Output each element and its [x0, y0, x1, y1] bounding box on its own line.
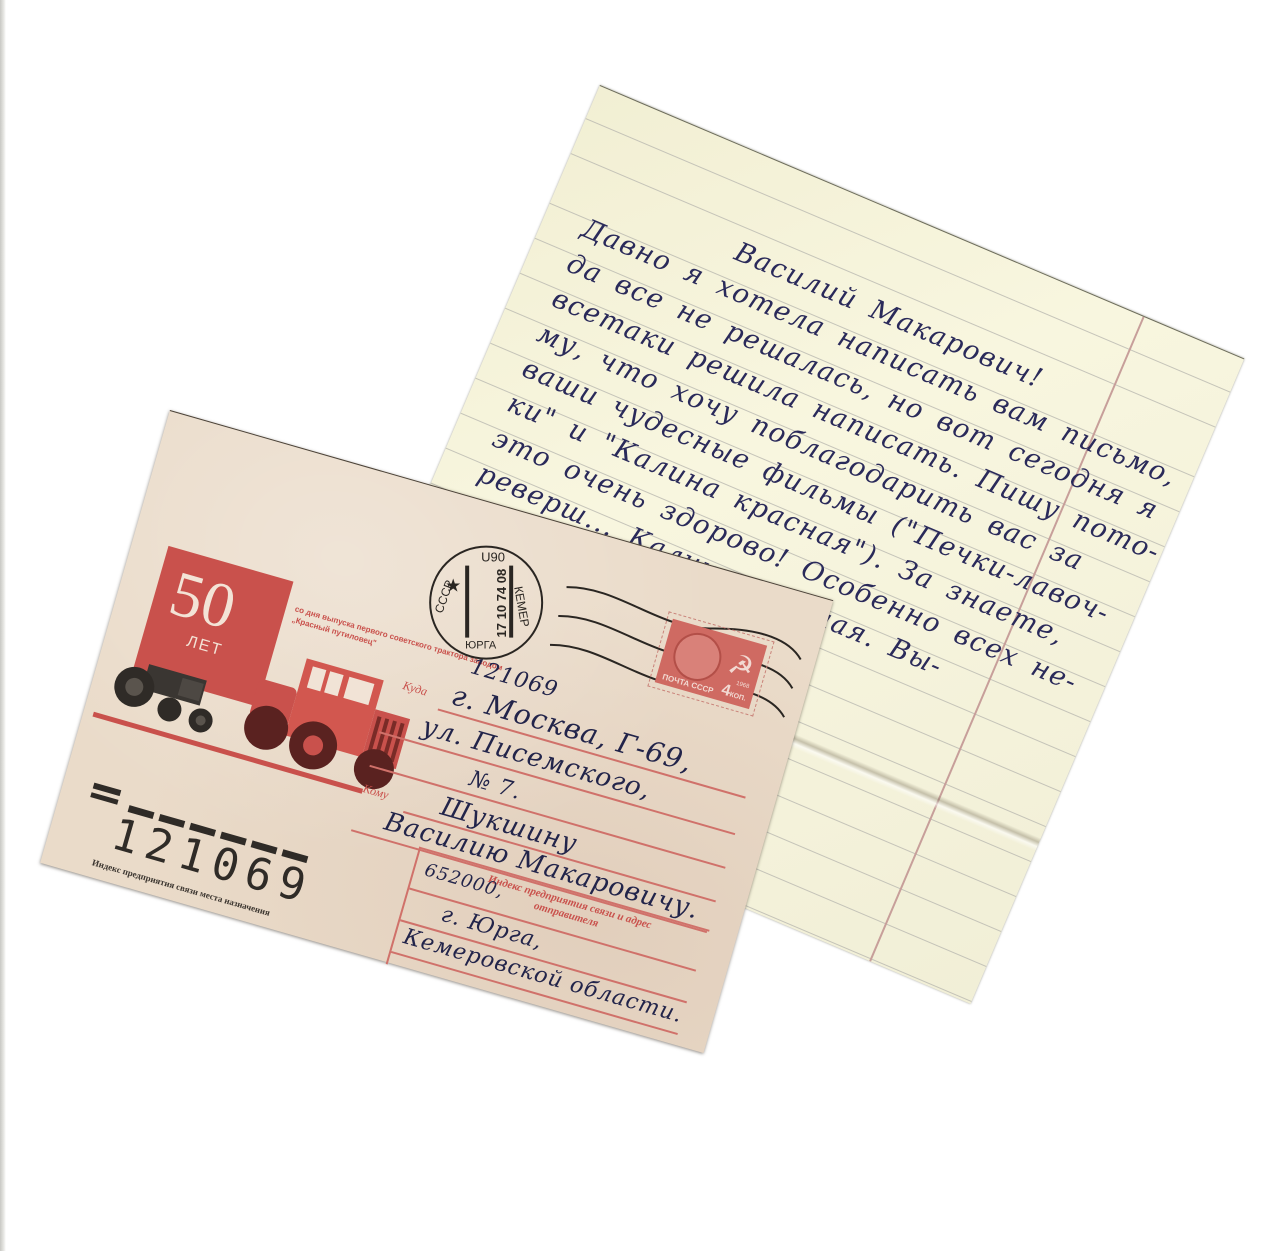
- postmark-region: КЕМЕР: [511, 585, 532, 628]
- postmark-date: 17 10 74 08: [494, 569, 509, 638]
- banner-number: 50: [162, 558, 243, 643]
- hammer-sickle-icon: ☭: [725, 647, 758, 686]
- stamp-value-unit: КОП.: [729, 691, 747, 702]
- star-icon: ★: [445, 576, 461, 597]
- scan-edge: [0, 0, 6, 1251]
- postmark-code: U90: [481, 550, 505, 565]
- postmark-city: ЮРГА: [465, 640, 496, 652]
- postmark: U90 СССР ★ 17 10 74 08 КЕМЕР ЮРГА: [429, 546, 543, 660]
